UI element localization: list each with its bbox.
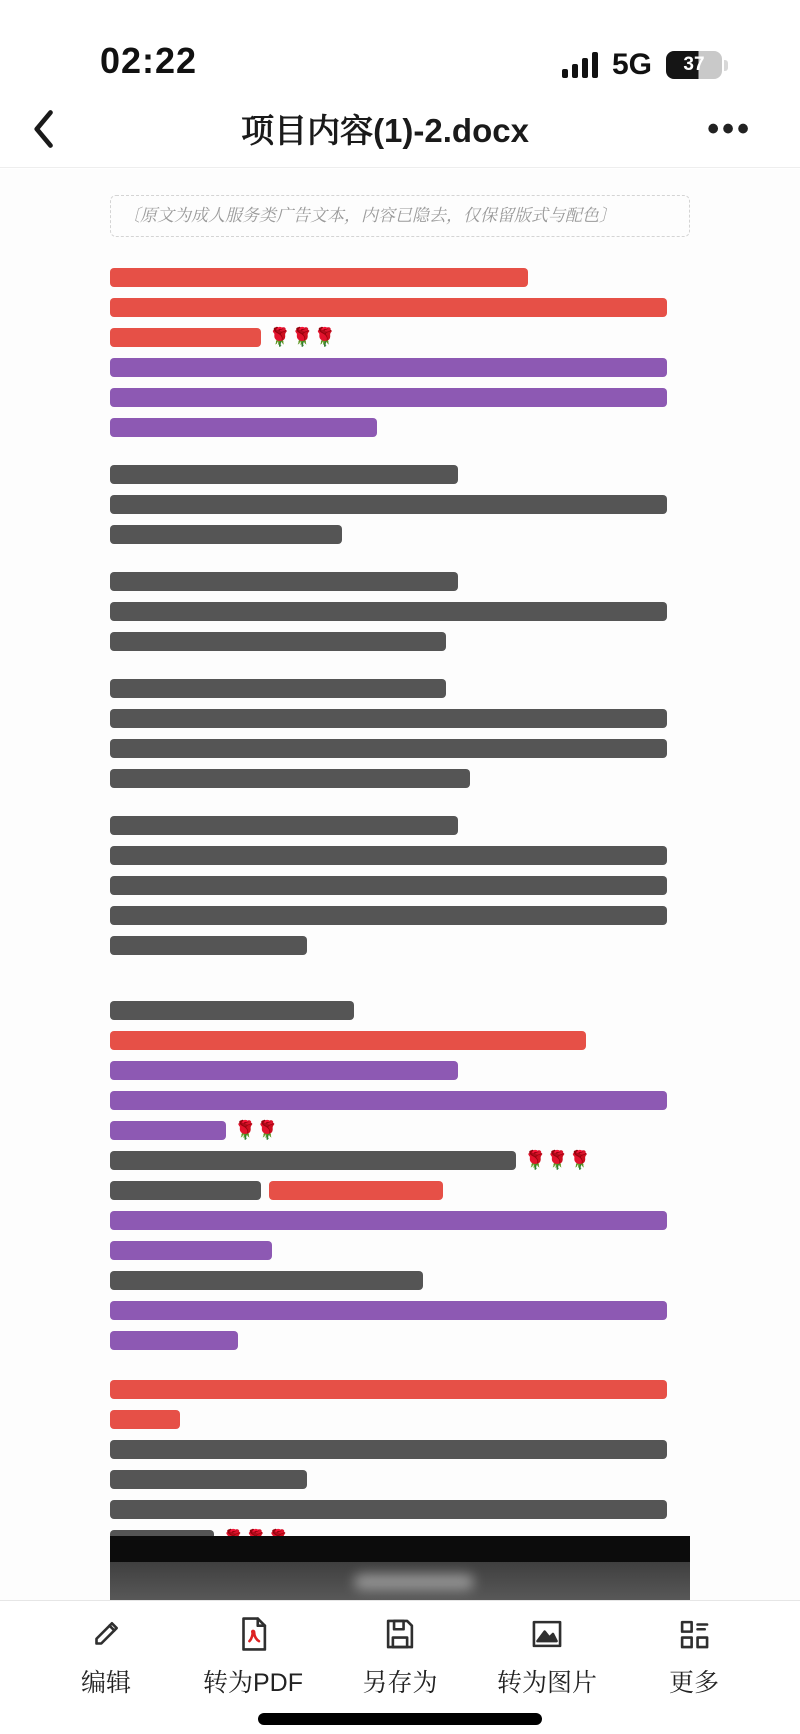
rose-emoji: 🌹🌹 xyxy=(234,1121,279,1140)
redacted-text-line xyxy=(110,388,667,407)
redacted-text-line xyxy=(110,572,458,591)
redacted-text-line xyxy=(110,465,458,484)
more-tools-button[interactable]: 更多 xyxy=(646,1615,742,1734)
document-title: 项目内容(1)-2.docx xyxy=(88,105,682,152)
redacted-text-line xyxy=(110,1001,354,1020)
edit-button[interactable]: 编辑 xyxy=(58,1615,154,1734)
redacted-text-line xyxy=(110,495,667,514)
redacted-text-line xyxy=(110,1500,667,1519)
redacted-paragraph: 🌹🌹🌹 xyxy=(110,1150,690,1171)
redacted-text-line xyxy=(110,1271,423,1290)
redacted-text-line xyxy=(110,1061,458,1080)
redacted-text-line xyxy=(110,418,377,437)
redacted-text-blocks: 🌹🌹🌹🌹🌹🌹🌹🌹🌹🌹🌹 xyxy=(110,267,690,1550)
redacted-paragraph xyxy=(110,267,690,288)
image-icon xyxy=(528,1615,566,1653)
redacted-text-line xyxy=(110,268,528,287)
rose-emoji: 🌹🌹🌹 xyxy=(269,328,336,347)
redacted-paragraph xyxy=(110,1300,690,1351)
redacted-text-line xyxy=(110,936,307,955)
redacted-text-line xyxy=(110,1380,667,1399)
document-viewport[interactable]: 〔原文为成人服务类广告文本，内容已隐去，仅保留版式与配色〕 🌹🌹🌹🌹🌹🌹🌹🌹🌹🌹… xyxy=(0,169,800,1600)
redacted-paragraph xyxy=(110,1030,690,1051)
redacted-text-line xyxy=(110,1121,226,1140)
more-tools-label: 更多 xyxy=(669,1663,719,1699)
convert-to-pdf-label: 转为PDF xyxy=(203,1663,303,1699)
redacted-text-line xyxy=(110,602,667,621)
redacted-paragraph xyxy=(110,815,690,956)
redacted-text-line xyxy=(110,328,261,347)
bottom-toolbar: 编辑 转为PDF 另存为 转为图片 更多 xyxy=(0,1600,800,1734)
edit-label: 编辑 xyxy=(81,1663,131,1699)
battery-icon: 37 xyxy=(666,51,728,79)
redacted-paragraph: 🌹🌹🌹 xyxy=(110,297,690,348)
redacted-text-line xyxy=(110,816,458,835)
redacted-text-line xyxy=(110,709,667,728)
redacted-text-line xyxy=(269,1181,443,1200)
more-grid-icon xyxy=(675,1615,713,1653)
status-time: 02:22 xyxy=(100,40,197,82)
redacted-text-line xyxy=(110,1031,586,1050)
redacted-text-line xyxy=(110,1331,238,1350)
chevron-left-icon xyxy=(28,107,62,151)
signal-strength-icon xyxy=(562,52,598,78)
redacted-paragraph xyxy=(110,1379,690,1430)
redacted-text-line xyxy=(110,525,342,544)
redacted-text-line xyxy=(110,1181,261,1200)
more-options-button[interactable]: ••• xyxy=(682,119,752,139)
embedded-image-redacted xyxy=(110,1536,690,1600)
redacted-paragraph xyxy=(110,464,690,545)
redacted-text-line xyxy=(110,632,446,651)
redacted-text-line xyxy=(110,769,470,788)
battery-percent: 37 xyxy=(683,54,704,76)
redacted-paragraph xyxy=(110,571,690,652)
redacted-text-line xyxy=(110,1241,272,1260)
pdf-icon xyxy=(234,1615,272,1653)
redacted-text-line xyxy=(110,1301,667,1320)
redacted-text-line xyxy=(110,1440,667,1459)
redacted-text-line xyxy=(110,358,667,377)
document-page: 〔原文为成人服务类广告文本，内容已隐去，仅保留版式与配色〕 🌹🌹🌹🌹🌹🌹🌹🌹🌹🌹… xyxy=(0,169,800,1550)
redacted-text-line xyxy=(110,1091,667,1110)
redacted-text-line xyxy=(110,1410,180,1429)
redacted-paragraph xyxy=(110,1270,690,1291)
redacted-text-line xyxy=(110,876,667,895)
save-as-label: 另存为 xyxy=(362,1663,437,1699)
redacted-paragraph xyxy=(110,678,690,789)
redacted-text-line xyxy=(110,1211,667,1230)
redacted-text-line xyxy=(110,1470,307,1489)
redacted-paragraph xyxy=(110,1180,690,1201)
redaction-notice: 〔原文为成人服务类广告文本，内容已隐去，仅保留版式与配色〕 xyxy=(110,195,690,237)
status-bar: 02:22 5G 37 xyxy=(0,0,800,90)
redacted-text-line xyxy=(110,846,667,865)
redacted-paragraph xyxy=(110,357,690,438)
redacted-paragraph xyxy=(110,1210,690,1261)
pencil-icon xyxy=(87,1615,125,1653)
redacted-text-line xyxy=(110,298,667,317)
nav-bar: 项目内容(1)-2.docx ••• xyxy=(0,90,800,168)
redacted-paragraph xyxy=(110,1060,690,1081)
redacted-text-line xyxy=(110,679,446,698)
redacted-text-line xyxy=(110,739,667,758)
redacted-text-line xyxy=(110,906,667,925)
redacted-text-line xyxy=(110,1151,516,1170)
save-icon xyxy=(381,1615,419,1653)
redacted-paragraph: 🌹🌹 xyxy=(110,1090,690,1141)
rose-emoji: 🌹🌹🌹 xyxy=(524,1151,591,1170)
redacted-paragraph xyxy=(110,1439,690,1490)
back-button[interactable] xyxy=(28,107,88,151)
convert-to-image-label: 转为图片 xyxy=(497,1663,597,1699)
redacted-paragraph xyxy=(110,1000,690,1021)
network-type-label: 5G xyxy=(612,48,652,82)
home-indicator[interactable] xyxy=(258,1713,542,1725)
